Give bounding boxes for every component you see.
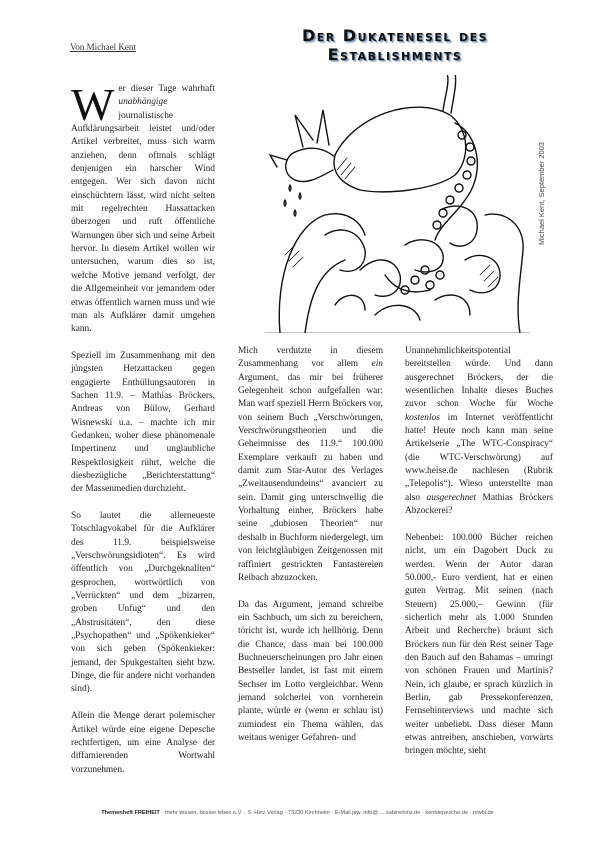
- paragraph: So lautet die allerneueste Totschlagvoka…: [71, 510, 215, 697]
- text: er dieser Tage wahrhaft: [118, 84, 215, 94]
- article-column-1: Wer dieser Tage wahrhaft unabhängige jou…: [71, 83, 215, 790]
- byline: Von Michael Kent: [70, 42, 136, 52]
- article-title: Der Dukatenesel des Establishments: [240, 26, 550, 64]
- text: im Internet veröffentlicht hatte! Heute …: [405, 413, 553, 503]
- text: Argument, das mir bei früherer Gelegenhe…: [238, 373, 383, 583]
- emphasis: ausgerechnet: [427, 493, 477, 503]
- text: Mich verdutzte in diesem Zusammenhang vo…: [238, 346, 383, 369]
- text: journalistische Aufklärungsarbeit leiste…: [71, 111, 215, 335]
- cartoon-illustration: [265, 75, 530, 333]
- paragraph: Speziell im Zusammenhang mit den jüngste…: [71, 350, 215, 497]
- emphasis: ein: [372, 359, 383, 369]
- paragraph: Allein die Menge derart polemischer Arti…: [71, 710, 215, 777]
- paragraph: Mich verdutzte in diesem Zusammenhang vo…: [238, 345, 383, 585]
- footer-text: · mehr wissen, besser leben e.V. · S. Hi…: [160, 810, 494, 816]
- article-column-3: Unannehmlichkeitspotential bereitstellen…: [405, 345, 553, 772]
- paragraph: Nebenbei: 100.000 Bücher reichen nicht, …: [405, 532, 553, 759]
- emphasis: kostenlos: [405, 413, 440, 423]
- illustration-credit: Michael Kent, September 2003: [537, 95, 551, 245]
- footer-brand: Themenheft FREIHEIT: [101, 810, 160, 816]
- paragraph: Wer dieser Tage wahrhaft unabhängige jou…: [71, 83, 215, 337]
- emphasis: unabhängige: [118, 97, 167, 107]
- title-line-1: Der Dukatenesel des: [240, 26, 550, 45]
- credit-text: Michael Kent, September 2003: [537, 142, 546, 245]
- text: Unannehmlichkeitspotential bereitstellen…: [405, 346, 553, 409]
- paragraph: Unannehmlichkeitspotential bereitstellen…: [405, 345, 553, 518]
- paragraph: Da das Argument, jemand schreibe ein Sac…: [238, 599, 383, 746]
- page-footer: Themenheft FREIHEIT · mehr wissen, besse…: [0, 810, 595, 816]
- article-column-2: Mich verdutzte in diesem Zusammenhang vo…: [238, 345, 383, 759]
- title-line-2: Establishments: [240, 45, 550, 64]
- drop-cap: W: [71, 87, 114, 123]
